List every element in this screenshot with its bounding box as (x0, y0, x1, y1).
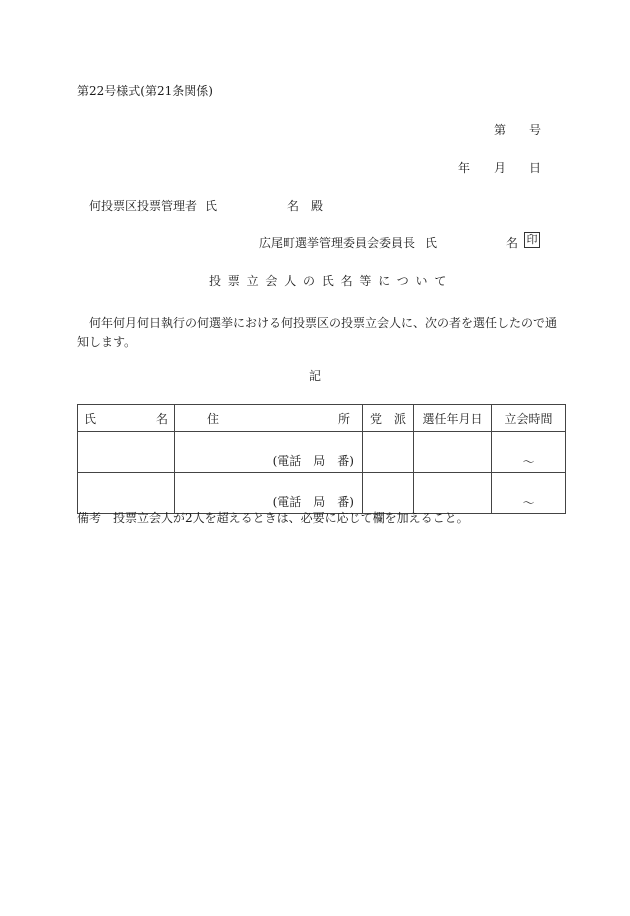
date-year: 年 (458, 161, 470, 175)
cell-appointed-date[interactable] (414, 432, 492, 473)
header-attendance-time: 立会時間 (492, 405, 566, 432)
date-month: 月 (494, 161, 506, 175)
header-name-b: 名 (156, 410, 168, 427)
table-row: (電話 局 番) ～ (78, 432, 566, 473)
body-paragraph: 何年何月何日執行の何選挙における何投票区の投票立会人に、次の者を選任したので通知… (77, 314, 557, 352)
header-address: 住 所 (175, 405, 363, 432)
addressee-shi: 氏 (205, 199, 217, 213)
doc-number-dai: 第 (494, 123, 506, 137)
addressee-mei: 名 (287, 199, 299, 213)
table-header-row: 氏 名 住 所 党 派 選任年月日 立会時間 (78, 405, 566, 432)
date-day: 日 (529, 161, 541, 175)
sender-mei: 名 (506, 236, 518, 250)
cell-party[interactable] (363, 473, 414, 514)
sender-shi: 氏 (425, 236, 437, 250)
cell-attendance-time[interactable]: ～ (492, 473, 566, 514)
remarks-note: 備考 投票立会人が2人を超えるときは、必要に応じて欄を加えること。 (77, 511, 469, 525)
cell-name[interactable] (78, 473, 175, 514)
seal-stamp-icon: 印 (524, 232, 540, 248)
addressee-honorific: 殿 (311, 199, 323, 213)
header-address-b: 所 (338, 410, 350, 427)
sender-title: 広尾町選挙管理委員会委員長 (259, 236, 415, 250)
doc-number-go: 号 (529, 123, 541, 137)
cell-party[interactable] (363, 432, 414, 473)
header-party: 党 派 (363, 405, 414, 432)
ki-heading: 記 (309, 369, 321, 383)
form-number: 第22号様式(第21条関係) (77, 84, 213, 98)
cell-appointed-date[interactable] (414, 473, 492, 514)
appointee-table: 氏 名 住 所 党 派 選任年月日 立会時間 (電話 局 番) ～ (電話 局 … (77, 404, 566, 514)
cell-name[interactable] (78, 432, 175, 473)
table-row: (電話 局 番) ～ (78, 473, 566, 514)
header-name-a: 氏 (84, 410, 96, 427)
addressee-title: 何投票区投票管理者 (89, 199, 197, 213)
header-name: 氏 名 (78, 405, 175, 432)
header-appointed-date: 選任年月日 (414, 405, 492, 432)
cell-attendance-time[interactable]: ～ (492, 432, 566, 473)
cell-address-tel[interactable]: (電話 局 番) (175, 473, 363, 514)
header-address-a: 住 (207, 410, 219, 427)
cell-address-tel[interactable]: (電話 局 番) (175, 432, 363, 473)
document-title: 投票立会人の氏名等について (209, 274, 453, 288)
